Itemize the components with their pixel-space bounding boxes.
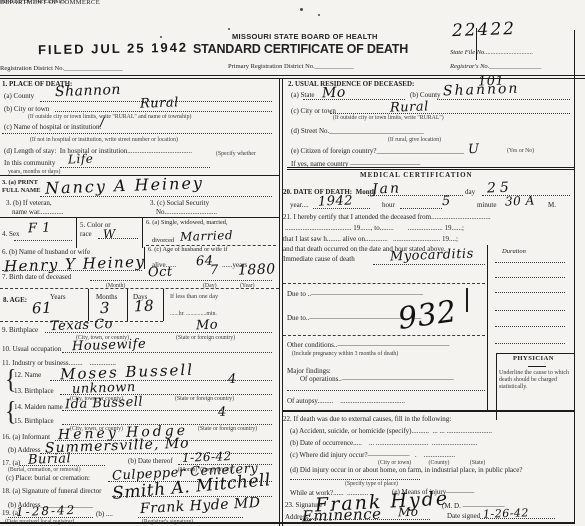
autopsy-label: Of autopsy......... ....................… <box>287 398 405 405</box>
statistical-code-value: 932 <box>396 294 459 337</box>
rule <box>142 217 143 248</box>
physician-address-state: Mo <box>398 505 419 520</box>
certify-line: that I last saw h........ alive on......… <box>283 236 458 243</box>
burial-place-label: (c) Place: burial or cremation: <box>6 475 90 482</box>
state-caption: (State or foreign country) <box>176 335 235 341</box>
residence-county-label: (b) County <box>410 92 441 99</box>
rule <box>45 332 272 333</box>
burial-date-label: (b) Date thereof <box>128 458 173 465</box>
meridiem-label: M. <box>548 202 556 209</box>
duration-box-edge <box>487 245 488 410</box>
marital-label: 6. (a) Single, widowed, married, <box>146 220 228 227</box>
occupation-label: 10. Usual occupation <box>2 346 61 353</box>
rule <box>62 410 272 411</box>
citizen-value: U <box>468 142 480 157</box>
social-security-no-label: No.............................. <box>156 209 217 216</box>
rule <box>290 479 420 480</box>
color-value: W <box>103 227 116 241</box>
rule <box>60 394 272 395</box>
rule <box>127 289 128 321</box>
rule <box>528 366 546 367</box>
rule <box>20 465 105 466</box>
rule <box>373 264 485 265</box>
age-days-value: 18 <box>134 297 155 316</box>
certify-line: 21. I hereby certify that I attended the… <box>283 214 491 221</box>
death-minute-value: 30 A <box>505 193 535 208</box>
deceased-name-value: Nancy A Heiney <box>45 173 204 198</box>
rule <box>283 410 575 412</box>
external-causes-heading: 22. If death was due to external causes,… <box>283 416 451 423</box>
rule <box>476 28 477 60</box>
handwritten-stroke <box>466 288 468 312</box>
marital-value: Married <box>180 228 234 244</box>
rule <box>300 519 430 520</box>
rule <box>495 277 565 278</box>
rule <box>313 208 370 209</box>
informant-label: 16. (a) Informant <box>2 434 50 441</box>
city-note: (If outside city or town limits, write "… <box>28 114 191 120</box>
county-value: Shannon <box>55 82 121 100</box>
registrar-b-label: (b) .... <box>96 511 113 518</box>
rule <box>2 133 272 134</box>
occurrence-date-label: (b) Date of occurrence..... ... ........… <box>290 440 477 447</box>
rule <box>55 111 272 112</box>
age-years-value: 61 <box>32 299 53 318</box>
funeral-director-label: 18. (a) Signature of funeral director <box>2 488 102 495</box>
rule <box>0 522 575 524</box>
other-conditions-label: Other conditions..———————————————— <box>287 342 449 349</box>
column-divider <box>279 78 280 526</box>
state-caption: (State or foreign country) <box>198 426 257 432</box>
hospital-note: (If not in hospital or institution, writ… <box>30 137 178 143</box>
rule <box>2 270 142 271</box>
street-note: (If rural, give location) <box>388 137 441 143</box>
rule <box>98 238 138 239</box>
hospital-value: / <box>100 115 105 130</box>
rule <box>495 343 565 344</box>
rule <box>283 283 485 284</box>
death-certificate-scan: DEPARTMENT OF COMMERCE BUREAU OF THE CEN… <box>0 0 585 526</box>
due-to-label: Due to ..———————————————— <box>287 291 423 298</box>
cause-of-death-value: Myocarditis <box>390 247 474 265</box>
registrar-no-label: Registrar's No.________________ <box>450 64 541 71</box>
rule <box>40 196 272 197</box>
county-label: (a) County <box>4 93 34 100</box>
veteran-label: 3. (b) If veteran, <box>6 200 52 207</box>
rule <box>60 167 210 168</box>
rule <box>495 310 565 311</box>
sex-label: 4. Sex <box>2 231 20 238</box>
rule <box>330 113 570 114</box>
injury-place-label: (d) Did injury occur in or about home, o… <box>290 467 523 474</box>
rule <box>138 517 243 518</box>
state-file-label: State File No...........................… <box>450 50 533 57</box>
cause-of-death-label: Immediate cause of death <box>283 256 355 263</box>
scan-speck <box>300 8 303 11</box>
birthplace-label: 9. Birthplace <box>2 327 38 334</box>
residence-heading: 2. USUAL RESIDENCE OF DECEASED: <box>288 81 414 88</box>
registration-district-label: Registration District No._______________… <box>0 66 123 73</box>
rule <box>495 292 565 293</box>
residence-county-value: Shannon <box>443 81 520 100</box>
residence-city-label: (c) City or town <box>291 108 336 115</box>
city-value: Rural <box>140 95 179 111</box>
certify-line: ...................................... 1… <box>285 225 464 232</box>
rule <box>400 208 442 209</box>
birthdate-label: 7. Birth date of deceased <box>2 274 71 281</box>
length-of-stay-label: (d) Length of stay: In hospital or insti… <box>4 148 192 155</box>
rule <box>283 335 485 336</box>
age-less-header: If less than one day <box>170 294 218 301</box>
primary-registration-label: Primary Registration District No._______… <box>228 64 354 71</box>
stay-note: (Specify whether <box>216 151 256 157</box>
filed-stamp: FILED JUL 25 1942 <box>38 41 188 57</box>
residence-city-note: (If outside city or town limits, write "… <box>333 115 444 121</box>
rule <box>287 390 485 391</box>
certificate-title: STANDARD CERTIFICATE OF DEATH <box>193 43 408 56</box>
rule <box>163 289 164 321</box>
injury-where-label: (c) Where did injury occur?—————— . ....… <box>290 452 455 459</box>
duration-header: Duration <box>502 249 526 256</box>
age-months-value: 3 <box>100 299 111 317</box>
operations-label: Of operations..———————————————— <box>300 376 454 383</box>
mother-birthplace-label: 15. Birthplace <box>14 418 54 425</box>
street-label: (d) Street No.__________________________… <box>291 128 424 135</box>
father-name-label: 12. Name <box>14 372 41 379</box>
rule <box>0 288 279 289</box>
rule <box>90 280 272 281</box>
community-label: In this community <box>4 160 55 167</box>
death-year-label: year.... <box>290 202 309 209</box>
rule <box>495 262 565 263</box>
print-label: 3. (a) PRINT <box>2 180 38 187</box>
age-years-header: Years <box>50 294 66 301</box>
rule <box>0 217 279 218</box>
age-label: 8. AGE: <box>3 297 27 304</box>
board-title: MISSOURI STATE BOARD OF HEALTH <box>232 33 378 41</box>
spouse-age-label: 6. (c) Age of husband or wife if <box>148 247 227 254</box>
community-value: Life <box>68 152 94 167</box>
sex-value: F 1 <box>28 221 51 237</box>
rule <box>62 352 272 353</box>
father-birthplace-label: 13. Birthplace <box>14 388 54 395</box>
social-security-label: 3. (c) Social Security <box>150 200 209 207</box>
mother-name-label: 14. Maiden name <box>14 404 63 411</box>
scan-speck <box>318 14 320 16</box>
birth-month-value: Oct <box>148 265 173 281</box>
handwritten-mark: 4 <box>218 405 227 420</box>
rule <box>88 289 89 321</box>
citizen-label: (e) Citizen of foreign country?_________… <box>291 148 464 155</box>
scan-speck <box>228 28 230 30</box>
burial-method-caption: (Burial, cremation, or removal) <box>8 467 81 473</box>
rule <box>287 167 575 168</box>
page-edge <box>574 30 575 522</box>
state-caption: (State or foreign country) <box>175 396 234 402</box>
certificate-number: 22422 <box>452 19 517 41</box>
rule <box>480 518 555 519</box>
scan-speck <box>160 36 162 38</box>
medical-certification-heading: MEDICAL CERTIFICATION <box>360 172 473 179</box>
rule <box>495 326 565 327</box>
bureau-line: BUREAU OF THE CENSUS <box>0 0 65 6</box>
rule <box>287 169 575 170</box>
date-signed-label: Date signed <box>447 513 480 520</box>
citizen-note: (Yes or No) <box>507 148 534 154</box>
rule <box>40 453 272 454</box>
birth-year-value: 1880 <box>238 261 276 278</box>
physician-note: Underline the cause to which death shoul… <box>499 370 571 392</box>
rule <box>76 218 77 248</box>
rule <box>8 517 93 518</box>
physician-title: PHYSICIAN <box>513 356 554 363</box>
physician-box-edge <box>496 353 575 354</box>
death-hour-value: 5 <box>442 194 451 209</box>
hospital-label: (c) Name of hospital or institution: <box>4 124 101 131</box>
death-day-label: day <box>465 189 475 196</box>
full-name-label: FULL NAME <box>2 188 40 195</box>
veteran-war-label: name war.............. <box>12 209 64 216</box>
other-conditions-note: (Include pregnancy within 3 months of de… <box>292 351 398 357</box>
rule <box>14 240 72 241</box>
hr-min-label: ......hr. ..............min. <box>170 311 217 317</box>
death-hour-label: hour <box>382 202 395 209</box>
specify-place-caption: (Specify type of place) <box>345 481 398 487</box>
city-label: (b) City or town <box>4 106 49 113</box>
rule <box>437 99 570 100</box>
birth-day-value: 7 <box>210 263 219 278</box>
divorced-label: divorced <box>152 238 174 245</box>
rule <box>144 247 145 269</box>
death-minute-label: minute <box>477 202 496 209</box>
column-divider <box>282 78 283 526</box>
race-label: race <box>80 231 92 238</box>
accident-label: (a) Accident, suicide, or homicide (spec… <box>290 428 492 435</box>
